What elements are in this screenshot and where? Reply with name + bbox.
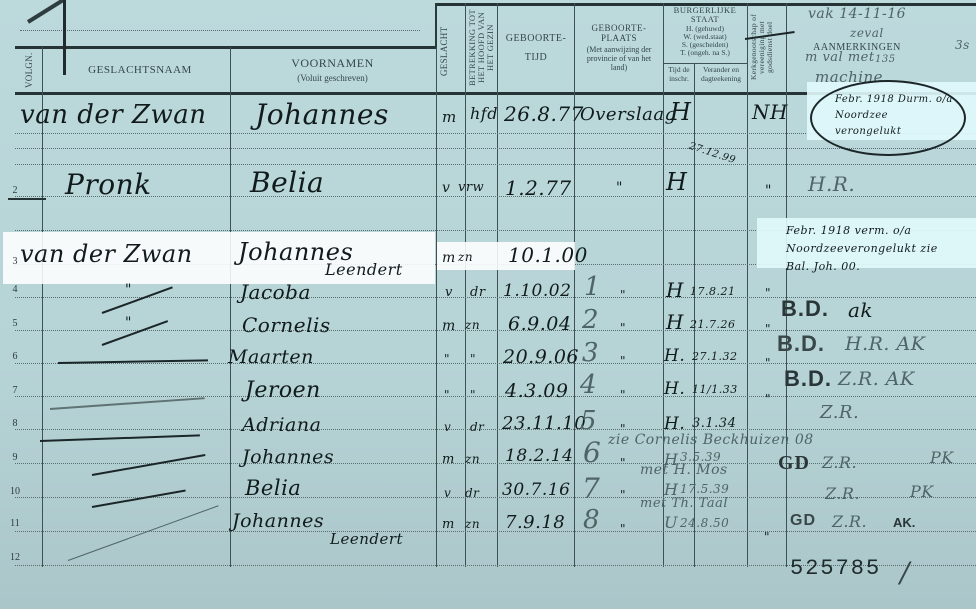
row5-change: 21.7.26 bbox=[690, 318, 736, 331]
row7-relation: " bbox=[470, 388, 476, 402]
row6-order: 3 bbox=[582, 338, 599, 368]
row7-sex: " bbox=[444, 388, 450, 402]
col-border-geslachtsnaam bbox=[230, 47, 231, 567]
row-number: 4 bbox=[8, 284, 22, 295]
row11-stamp-ak: AK. bbox=[893, 515, 915, 530]
row4-change: 17.8.21 bbox=[690, 285, 736, 298]
row3-relation: zn bbox=[458, 250, 473, 264]
row-number: 7 bbox=[8, 385, 22, 396]
row5-relation: zn bbox=[465, 318, 480, 332]
row6-birthdate: 20.9.06 bbox=[503, 346, 579, 368]
row4-order: 1 bbox=[584, 272, 601, 302]
top-annotation-line3: m val met bbox=[805, 50, 875, 65]
row7-birthplace: " bbox=[620, 388, 626, 402]
top-dotted-line bbox=[20, 30, 420, 31]
col-border-voornamen bbox=[436, 47, 437, 567]
serial-mark: / bbox=[900, 556, 910, 589]
row11-order: 8 bbox=[583, 505, 600, 535]
row5-religion: " bbox=[765, 322, 771, 336]
row4-given: Jacoba bbox=[240, 280, 311, 304]
row9-remark-pk: PK bbox=[930, 448, 954, 467]
row4-remark-ak: ak bbox=[848, 298, 873, 322]
row7-order: 4 bbox=[580, 370, 597, 400]
col-border-geboortetijd bbox=[574, 3, 575, 567]
row-line-6 bbox=[15, 363, 976, 364]
row-line-7 bbox=[15, 396, 976, 397]
row8-ditto-stroke bbox=[40, 434, 200, 442]
row3-given-2: Leendert bbox=[325, 260, 403, 279]
row3-surname: van der Zwan bbox=[20, 240, 193, 268]
row6-civil-state: H. bbox=[664, 346, 685, 366]
row5-given: Cornelis bbox=[242, 313, 331, 337]
row6-change: 27.1.32 bbox=[692, 350, 738, 363]
row7-change: 11/1.33 bbox=[692, 383, 738, 396]
row8-birthdate: 23.11.10 bbox=[502, 413, 586, 434]
header-kerkgenootschap: Kerkgenootschap of vereeniging met godsd… bbox=[750, 4, 784, 90]
top-annotation-line1: vak 14-11-16 bbox=[808, 6, 906, 22]
row-number: 2 bbox=[8, 185, 22, 196]
row3-sex: m bbox=[442, 250, 456, 266]
header-geslacht: GESLACHT bbox=[440, 15, 462, 87]
row9-ditto-stroke bbox=[92, 454, 206, 476]
row4-ditto-stroke bbox=[102, 286, 173, 314]
col-border-burgerlijke-staat bbox=[747, 3, 748, 567]
bs-sub-divider bbox=[663, 63, 747, 64]
row9-note-b: met H. Mos bbox=[640, 462, 728, 478]
row8-given: Adriana bbox=[242, 414, 321, 436]
row4-relation: dr bbox=[470, 285, 486, 300]
row8-order: 5 bbox=[580, 406, 597, 436]
header-geboorteplaats-2: PLAATS bbox=[575, 33, 663, 43]
row10-birthdate: 30.7.16 bbox=[502, 480, 570, 500]
top-annotation-line4: 135 bbox=[875, 54, 896, 65]
row7-ditto-stroke bbox=[50, 397, 205, 410]
row3-birthdate: 10.1.00 bbox=[508, 243, 588, 267]
row5-remark-hr: H.R. AK bbox=[845, 333, 925, 355]
row11-stamp-gd: GD bbox=[790, 512, 816, 530]
row9-order: 6 bbox=[583, 436, 601, 469]
row11-birthdate: 7.9.18 bbox=[505, 512, 565, 533]
row4-civil-state: H bbox=[666, 278, 684, 302]
header-geboortetijd-2: TIJD bbox=[498, 52, 574, 64]
header-verandering: Verander en dagteekening bbox=[696, 66, 746, 83]
row9-relation: zn bbox=[465, 452, 480, 466]
header-geboorteplaats-1: GEBOORTE- bbox=[575, 23, 663, 33]
row7-remark: Z.R. bbox=[820, 402, 859, 423]
row2-birthplace: " bbox=[616, 180, 623, 196]
row3-remark: Febr. 1918 verm. o/a Noordzeeverongelukt… bbox=[786, 222, 956, 276]
row1-given: Johannes bbox=[255, 98, 389, 131]
top-mark-slash bbox=[27, 0, 65, 24]
row-number: 11 bbox=[8, 518, 22, 529]
row6-sex: " bbox=[444, 352, 450, 366]
row5-ditto-stroke bbox=[102, 320, 168, 346]
row11-religion: " bbox=[764, 530, 770, 544]
row10-order: 7 bbox=[582, 472, 600, 505]
row10-ditto-stroke bbox=[92, 490, 186, 508]
row5-stamp-bd: B.D. bbox=[777, 331, 825, 357]
row6-stamp-bd: B.D. bbox=[784, 366, 832, 392]
row-number: 9 bbox=[8, 452, 22, 463]
row6-relation: " bbox=[470, 352, 476, 366]
row6-birthplace: " bbox=[620, 354, 626, 368]
row6-remark-zr: Z.R. AK bbox=[838, 368, 915, 390]
row4-sex: v bbox=[445, 285, 453, 300]
row-subline-1b bbox=[15, 164, 976, 165]
row5-civil-state: H bbox=[666, 310, 684, 334]
row2-num-underline bbox=[8, 198, 46, 200]
row11-given: Johannes bbox=[232, 510, 324, 532]
row5-surname: " bbox=[125, 315, 132, 331]
row4-birthplace: " bbox=[620, 288, 626, 302]
row5-birthplace: " bbox=[620, 321, 626, 335]
row8-change: 3.1.34 bbox=[692, 416, 736, 431]
header-voornamen-sub: (Voluit geschreven) bbox=[235, 73, 430, 83]
row-number: 12 bbox=[8, 552, 22, 563]
row9-sex: m bbox=[442, 452, 455, 467]
row8-relation: dr bbox=[470, 420, 484, 434]
row10-remark-pk: PK bbox=[910, 482, 934, 501]
header-geslachtsnaam: GESLACHTSNAAM bbox=[55, 64, 225, 77]
row-subline-1 bbox=[15, 148, 976, 149]
row11-ditto-stroke bbox=[68, 505, 219, 561]
row2-civil-state: H bbox=[666, 168, 687, 196]
row1-sex: m bbox=[442, 108, 457, 126]
row9-given: Johannes bbox=[242, 446, 334, 468]
header-geboortetijd-1: GEBOORTE- bbox=[498, 33, 574, 45]
row6-given: Maarten bbox=[228, 346, 314, 368]
row-line-8 bbox=[15, 429, 976, 430]
row5-sex: m bbox=[442, 318, 456, 334]
row10-sex: v bbox=[444, 486, 451, 500]
col-border-betrekking bbox=[497, 3, 498, 567]
row-number: 5 bbox=[8, 318, 22, 329]
top-annotation-side: 3s bbox=[955, 38, 970, 52]
row11-change: 24.8.50 bbox=[680, 516, 729, 530]
row1-civil-state: H bbox=[670, 98, 691, 126]
row4-birthdate: 1.10.02 bbox=[503, 281, 571, 301]
row1-birthplace: Overslaag bbox=[580, 104, 677, 125]
row10-given: Belia bbox=[245, 476, 301, 500]
row10-relation: dr bbox=[465, 486, 479, 500]
row10-note-b: met Th. Taal bbox=[640, 496, 728, 511]
row7-birthdate: 4.3.09 bbox=[505, 380, 568, 402]
row10-change: 17.5.39 bbox=[680, 482, 729, 496]
row1-birthdate: 26.8.77 bbox=[504, 102, 584, 126]
header-left-step bbox=[435, 3, 437, 47]
row1-relation: hfd bbox=[470, 104, 498, 123]
header-step-line bbox=[15, 46, 437, 49]
row-number: 10 bbox=[8, 486, 22, 497]
row2-birthdate: 1.2.77 bbox=[505, 176, 572, 200]
row1-surname: van der Zwan bbox=[20, 100, 207, 130]
row8-civil-state: H. bbox=[664, 414, 685, 434]
row7-religion: " bbox=[765, 392, 771, 406]
col-border-geslacht bbox=[465, 3, 466, 567]
col-border-kerk bbox=[786, 3, 787, 567]
row-line-11 bbox=[15, 531, 976, 532]
row9-stamp-gd: GD bbox=[778, 452, 810, 475]
header-voornamen: VOORNAMEN bbox=[235, 57, 430, 71]
header-geboorteplaats-sub: (Met aanwijzing der provincie of van het… bbox=[578, 45, 660, 73]
row9-birthplace: " bbox=[620, 456, 626, 470]
row6-religion: " bbox=[765, 356, 771, 370]
row9-remark: Z.R. bbox=[822, 453, 857, 472]
row11-given-2: Leendert bbox=[330, 530, 403, 548]
row2-sex: v bbox=[442, 180, 450, 196]
row4-religion: " bbox=[765, 286, 771, 300]
row11-remark: Z.R. bbox=[832, 512, 867, 531]
row11-birthplace: " bbox=[620, 522, 626, 536]
row7-given: Jeroen bbox=[245, 378, 321, 403]
row11-civil-state: U bbox=[664, 513, 678, 532]
top-annotation-line2: zeval bbox=[850, 26, 884, 40]
row7-civil-state: H. bbox=[664, 379, 685, 399]
header-betrekking: BETREKKING TOT HET HOOFD VAN HET GEZIN bbox=[468, 6, 496, 90]
row2-relation: vrw bbox=[458, 180, 484, 195]
row2-surname: Pronk bbox=[65, 168, 152, 201]
row5-birthdate: 6.9.04 bbox=[508, 313, 571, 335]
row10-remark: Z.R. bbox=[825, 484, 860, 503]
row1-remark: Febr. 1918 Durm. o/a Noordzee verongeluk… bbox=[835, 92, 955, 140]
row10-birthplace: " bbox=[620, 488, 626, 502]
header-bs-t: T. (ongeh. na S.) bbox=[663, 49, 747, 58]
row-number: 6 bbox=[8, 351, 22, 362]
row5-order: 2 bbox=[582, 305, 599, 335]
row2-religion: " bbox=[765, 183, 772, 199]
serial-number: 525785 bbox=[790, 556, 881, 581]
row11-relation: zn bbox=[465, 517, 480, 531]
header-volgnr: VOLGN. bbox=[25, 50, 37, 90]
row2-remark: H.R. bbox=[808, 172, 855, 196]
row11-sex: m bbox=[442, 517, 455, 532]
header-tijd-inschr: Tijd de inschr. bbox=[664, 66, 694, 83]
row-line-2 bbox=[15, 196, 976, 197]
family-card: VOLGN. GESLACHTSNAAM VOORNAMEN (Voluit g… bbox=[0, 0, 976, 609]
row-line-5 bbox=[15, 330, 976, 331]
row8-sex: v bbox=[444, 420, 451, 434]
row2-given: Belia bbox=[250, 166, 324, 199]
row-number: 8 bbox=[8, 418, 22, 429]
row9-birthdate: 18.2.14 bbox=[505, 446, 573, 466]
row9-crossline-note: zie Cornelis Beckhuizen 08 bbox=[608, 432, 814, 448]
row4-surname: " bbox=[125, 282, 132, 298]
row1-religion: NH bbox=[752, 100, 788, 124]
